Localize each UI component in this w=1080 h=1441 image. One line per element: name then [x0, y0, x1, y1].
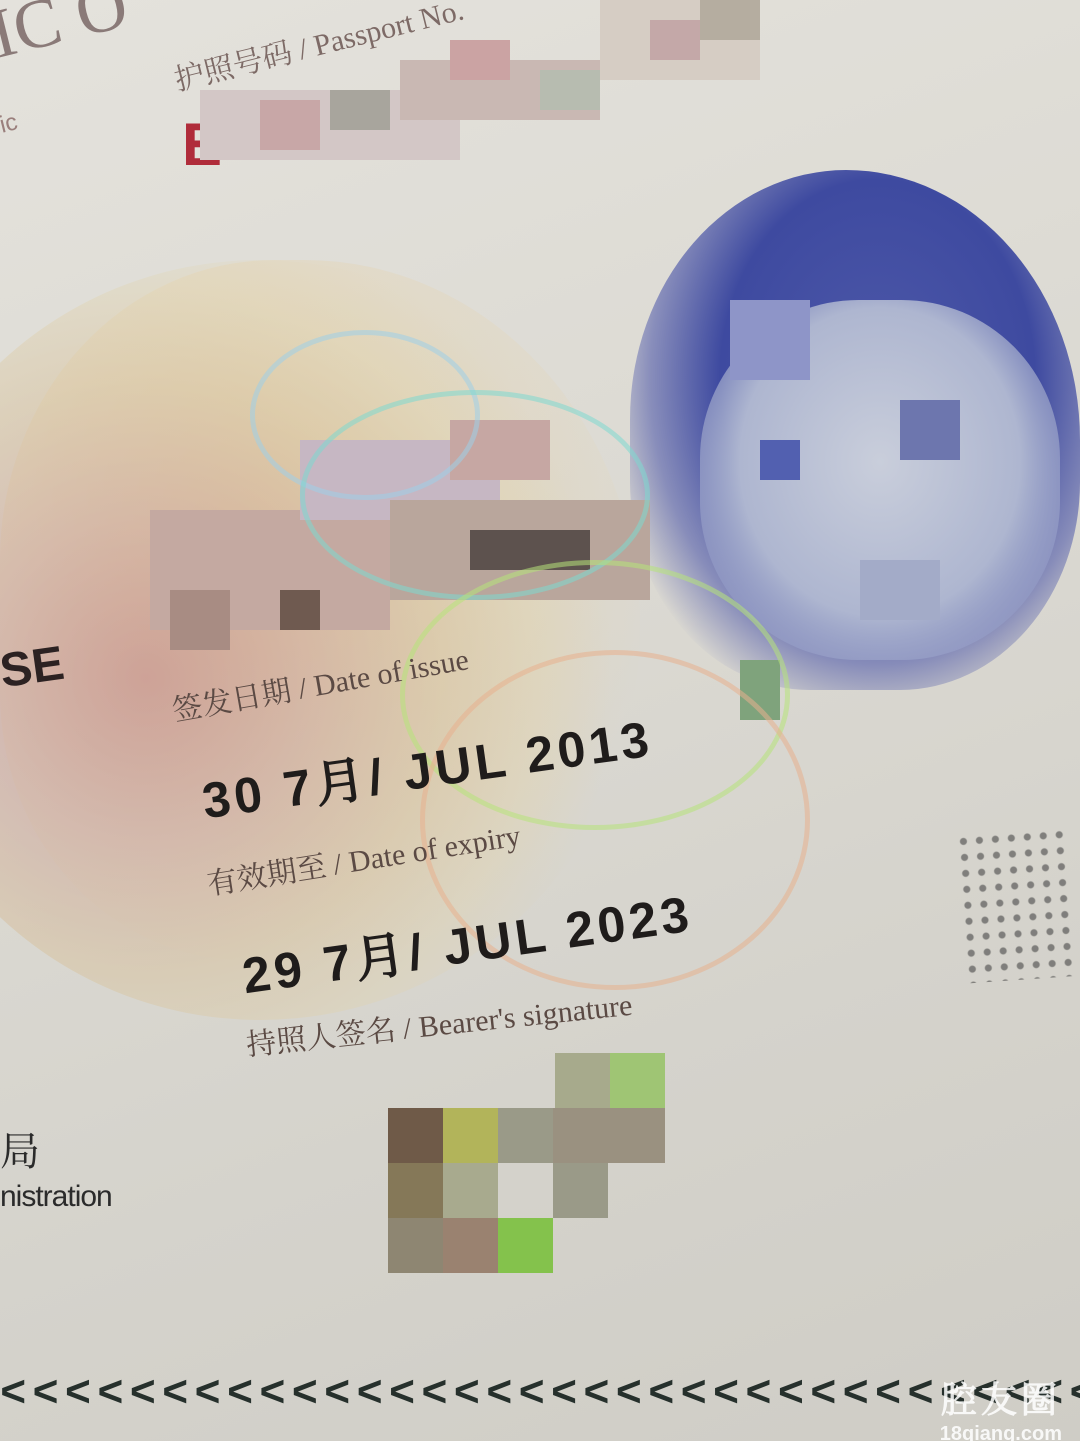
authority-en-partial: nistration	[0, 1180, 112, 1214]
watermark-text: 腔友圈	[940, 1372, 1062, 1423]
authority-cn-partial: 局	[0, 1120, 40, 1177]
left-edge-text: ic	[0, 108, 20, 139]
perforation-dots	[955, 826, 1075, 983]
country-code-partial: SE	[0, 636, 68, 699]
header-partial: IC O	[0, 0, 136, 76]
mrz-line: <<<<<<<<<<<<<<<<<<<<<<<<<<<<<<<<<<<	[0, 1370, 1080, 1420]
watermark-url: 18qiang.com	[940, 1423, 1062, 1441]
watermark: 腔友圈 18qiang.com	[940, 1372, 1062, 1441]
